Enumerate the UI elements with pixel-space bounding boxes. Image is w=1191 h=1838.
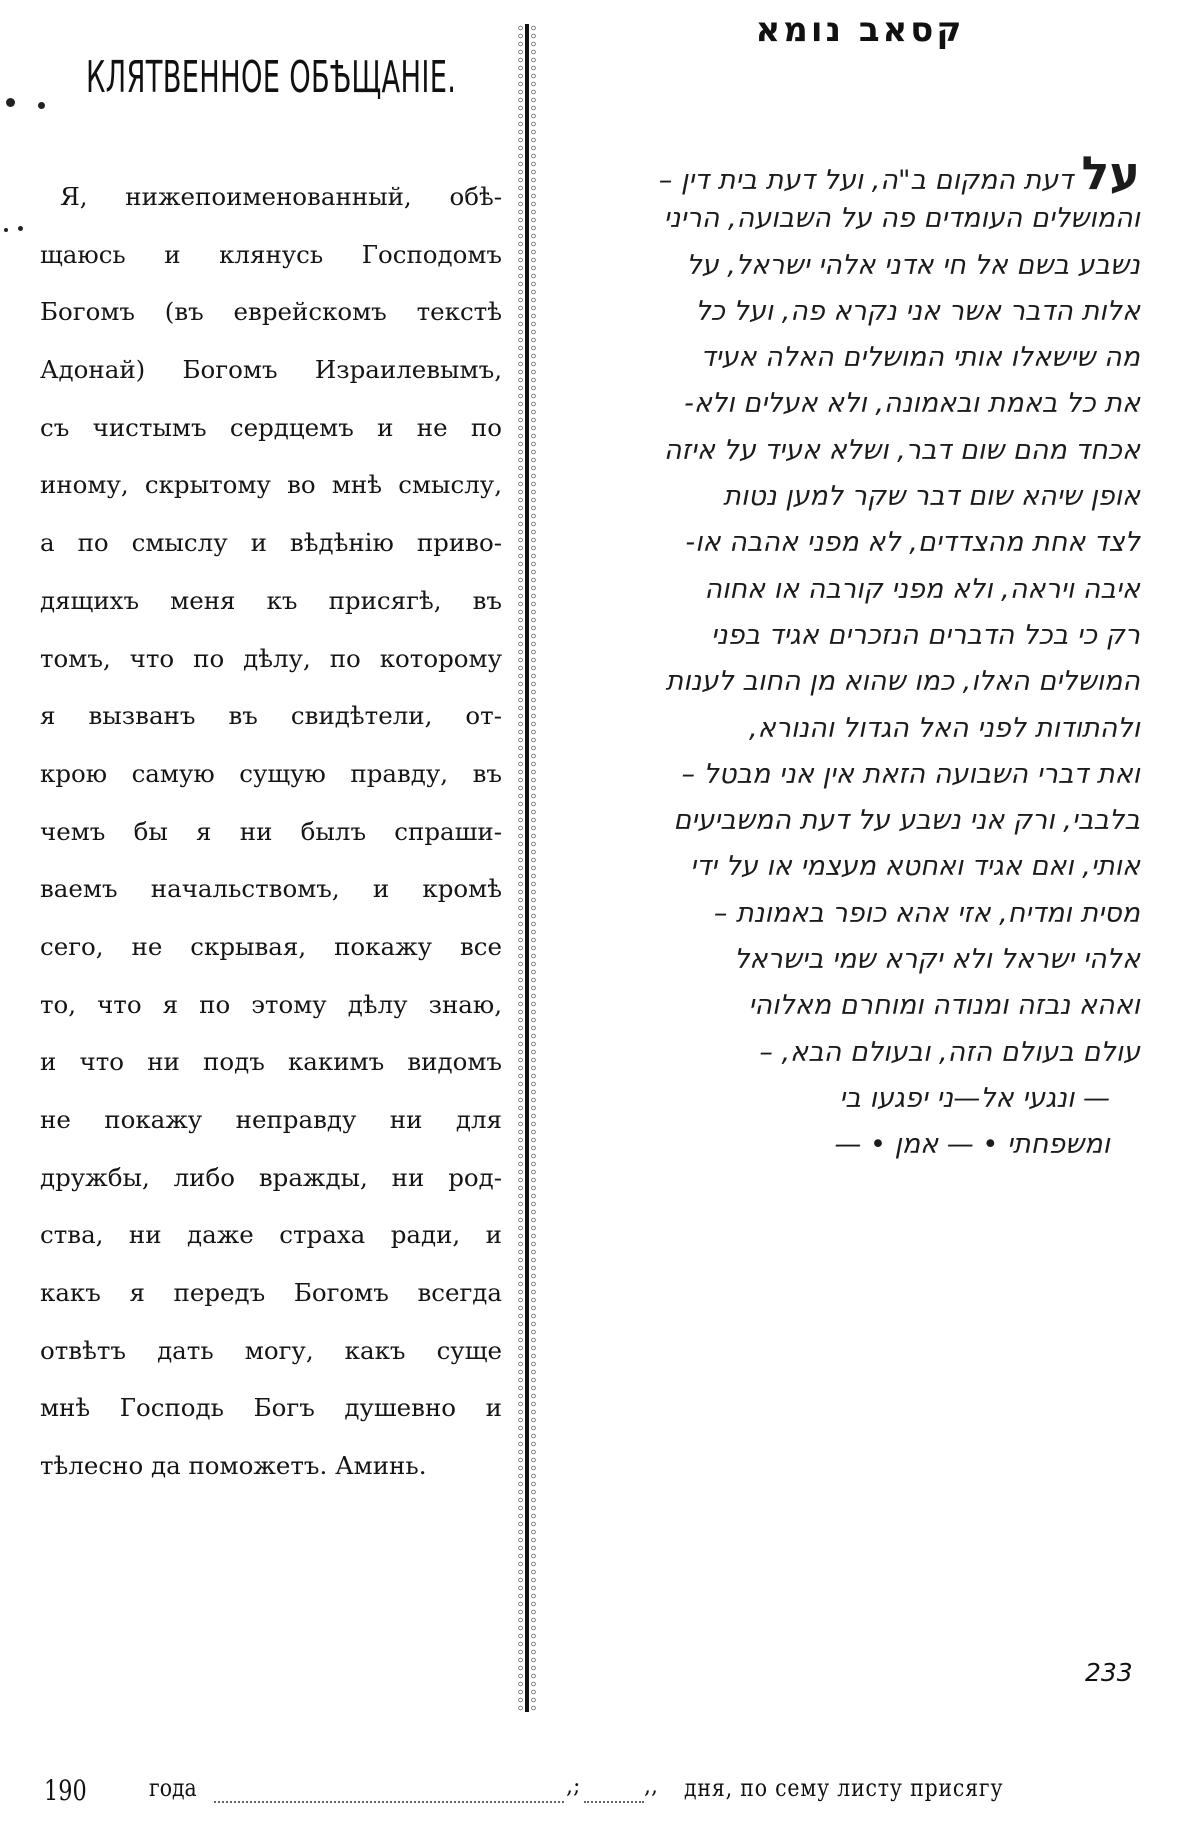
footer-line: 190 года ,; ,, дня, по сему листу присяг… xyxy=(44,1774,1144,1820)
text-line: נשבע בשם אל חי אדני אלהי ישראל, על xyxy=(540,243,1140,289)
hebrew-oath-text: על דעת המקום ב"ה, ועל דעת בית דין – והמו… xyxy=(540,150,1140,1169)
text-line: על דעת המקום ב"ה, ועל דעת בית דין – xyxy=(540,150,1140,196)
text-line: ваемъ начальствомъ, и кромѣ xyxy=(40,860,502,918)
page-number: 233 xyxy=(1085,1658,1133,1687)
text-line: בלבבי, ורק אני נשבע על דעת המשביעים xyxy=(540,798,1140,844)
text-line: чемъ бы я ни былъ спраши- xyxy=(40,803,502,861)
scan-speck xyxy=(38,102,45,109)
hebrew-title: קסאב נומא xyxy=(740,10,980,50)
text-line: дящихъ меня къ присягѣ, въ xyxy=(40,572,502,630)
text-line: ства, ни даже страха ради, и xyxy=(40,1206,502,1264)
text-line: сего, не скрывая, покажу все xyxy=(40,918,502,976)
text-line: ומשפחתי • — אמן • — xyxy=(540,1122,1140,1168)
text-line: не покажу неправду ни для xyxy=(40,1091,502,1149)
text-line: то, что я по этому дѣлу знаю, xyxy=(40,976,502,1034)
text-line: щаюсь и клянусь Господомъ xyxy=(40,226,502,284)
text-line: отвѣтъ дать могу, какъ суще xyxy=(40,1322,502,1380)
text-line: и что ни подъ какимъ видомъ xyxy=(40,1033,502,1091)
text-line: מה שישאלו אותי המושלים האלה אעיד xyxy=(540,335,1140,381)
scan-speck xyxy=(4,228,8,232)
divider-rule xyxy=(525,24,529,1712)
separator: ,; xyxy=(566,1774,580,1799)
text-line: עולם בעולם הזה, ובעולם הבא, – xyxy=(540,1030,1140,1076)
text-line: איבה ויראה, ולא מפני קורבה או אחוה xyxy=(540,567,1140,613)
scan-speck xyxy=(18,226,23,231)
russian-title: КЛЯТВЕННОЕ ОБѢЩАНІЕ. xyxy=(86,52,340,103)
separator: ,, xyxy=(644,1774,658,1799)
text-line: ולהתודות לפני האל הגדול והנורא, xyxy=(540,706,1140,752)
year-blank-field xyxy=(214,1801,564,1803)
text-line: — ונגעי אל—ני יפגעו בי xyxy=(540,1076,1140,1122)
text-line: я вызванъ въ свидѣтели, от- xyxy=(40,687,502,745)
russian-oath-text: Я, нижепоименованный, обѣ- щаюсь и кляну… xyxy=(40,168,502,1495)
scan-speck xyxy=(6,98,15,107)
text-line: иному, скрытому во мнѣ смыслу, xyxy=(40,456,502,514)
text-line: а по смыслу и вѣдѣнію приво- xyxy=(40,514,502,572)
text-line: אכחד מהם שום דבר, ושלא אעיד על איזה xyxy=(540,428,1140,474)
text-line: אותי, ואם אגיד ואחטא מעצמי או על ידי xyxy=(540,844,1140,890)
text-line: мнѣ Господь Богъ душевно и xyxy=(40,1379,502,1437)
text-line: והמושלים העומדים פה על השבועה, הריני xyxy=(540,196,1140,242)
text-line: Я, нижепоименованный, обѣ- xyxy=(40,168,502,226)
text-line: крою самую сущую правду, въ xyxy=(40,745,502,803)
text-line: אלות הדבר אשר אני נקרא פה, ועל כל xyxy=(540,289,1140,335)
text-line: מסית ומדיח, אזי אהא כופר באמונת – xyxy=(540,891,1140,937)
text-line: Адонай) Богомъ Израилевымъ, xyxy=(40,341,502,399)
year-prefix: 190 xyxy=(44,1774,87,1807)
text-line: ואהא נבזה ומנודה ומוחרם מאלוהי xyxy=(540,983,1140,1029)
document-page: КЛЯТВЕННОЕ ОБѢЩАНІЕ. Я, нижепоименованны… xyxy=(0,0,1191,1838)
divider-ornament xyxy=(518,24,523,1712)
text-line: Богомъ (въ еврейскомъ текстѣ xyxy=(40,283,502,341)
text-line: томъ, что по дѣлу, по которому xyxy=(40,630,502,688)
opening-word: על xyxy=(1082,146,1140,200)
text-line: המושלים האלו, כמו שהוא מן החוב לענות xyxy=(540,659,1140,705)
footer-text: дня, по сему листу присягу xyxy=(684,1774,1003,1802)
text-line: את כל באמת ובאמונה, ולא אעלים ולא- xyxy=(540,381,1140,427)
text-line: съ чистымъ сердцемъ и не по xyxy=(40,399,502,457)
column-divider xyxy=(516,24,538,1712)
text-line: אלהי ישראל ולא יקרא שמי בישראל xyxy=(540,937,1140,983)
text-line: тѣлесно да поможетъ. Аминь. xyxy=(40,1437,502,1495)
divider-ornament xyxy=(531,24,536,1712)
year-label: года xyxy=(149,1774,197,1802)
text-line: ואת דברי השבועה הזאת אין אני מבטל – xyxy=(540,752,1140,798)
text-line: אופן שיהא שום דבר שקר למען נטות xyxy=(540,474,1140,520)
text-line: какъ я передъ Богомъ всегда xyxy=(40,1264,502,1322)
text-line: לצד אחת מהצדדים, לא מפני אהבה או- xyxy=(540,520,1140,566)
text-line: רק כי בכל הדברים הנזכרים אגיד בפני xyxy=(540,613,1140,659)
text-line: дружбы, либо вражды, ни род- xyxy=(40,1149,502,1207)
day-blank-field xyxy=(584,1801,644,1803)
